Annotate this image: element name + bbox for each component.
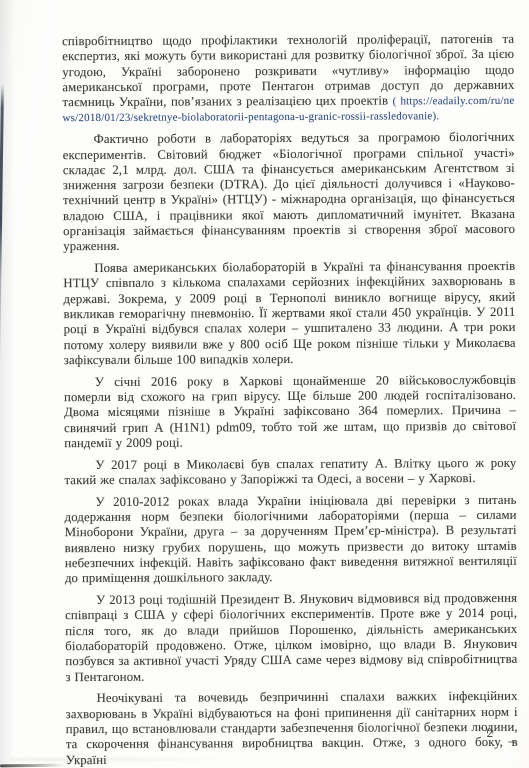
- paragraph-4: У січні 2016 року в Харкові щонайменше 2…: [64, 373, 516, 452]
- paragraph-2: Фактично роботи в лабораторіях ведуться …: [63, 130, 516, 255]
- page-number: 2: [487, 726, 493, 741]
- paragraph-5: У 2017 році в Миколаєві був спалах гепат…: [64, 456, 516, 489]
- scan-edge-artifact-bottom: [0, 764, 66, 768]
- scan-edge-artifact-left: [0, 84, 4, 544]
- document-body: співробітництво щодо профілактики технол…: [62, 32, 518, 768]
- paragraph-7: У 2013 році тодішній Президент В. Януков…: [65, 591, 517, 685]
- paragraph-8: Неочікувані та вочевидь безпричинні спал…: [66, 689, 518, 768]
- paragraph-6: У 2010-2012 роках влада України ініціюва…: [64, 493, 516, 587]
- paragraph-1: співробітництво щодо профілактики технол…: [62, 32, 514, 126]
- paragraph-3: Поява американських біолабораторій в Укр…: [63, 259, 516, 368]
- scanned-document-page: співробітництво щодо профілактики технол…: [0, 0, 529, 768]
